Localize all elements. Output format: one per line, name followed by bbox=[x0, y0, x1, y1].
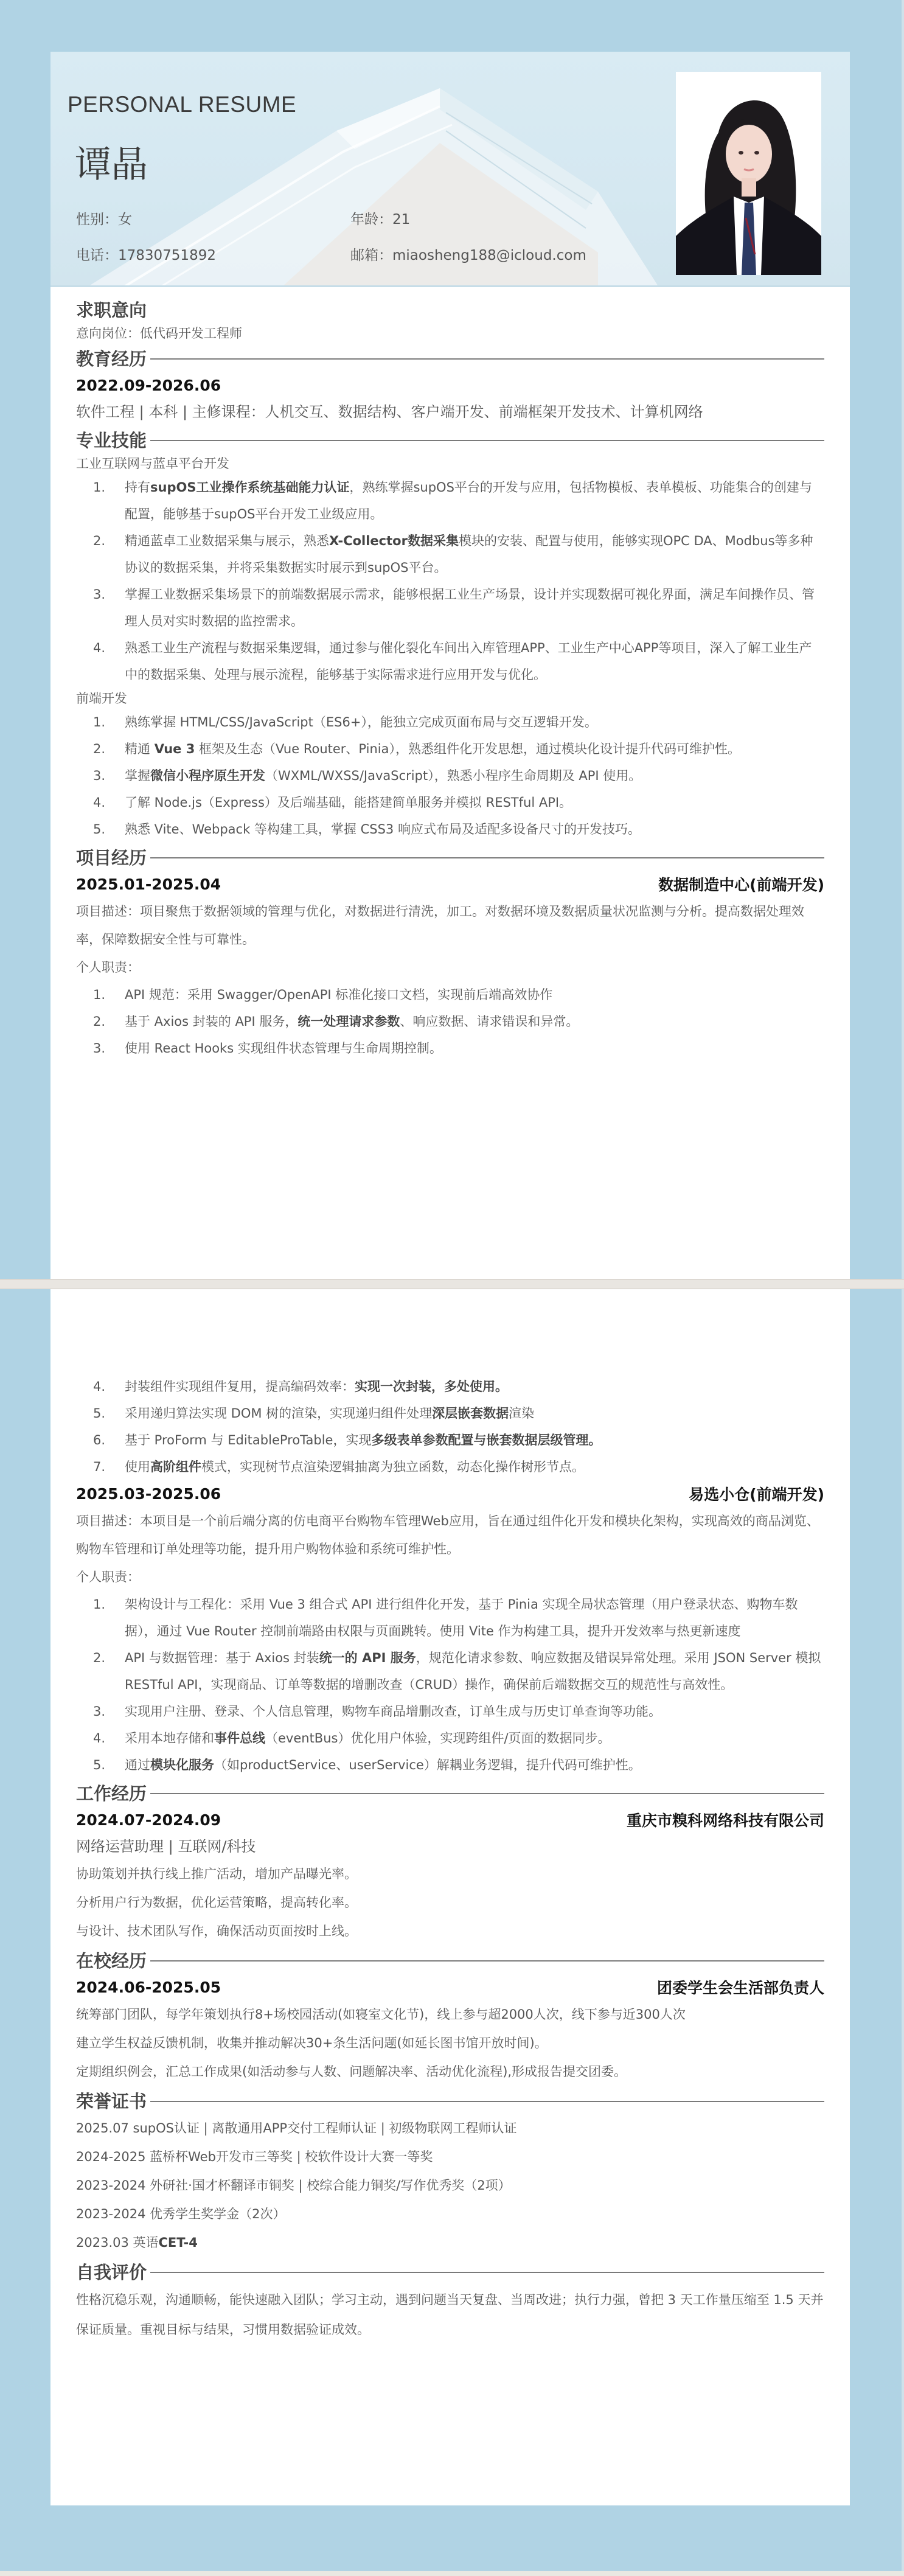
work-line: 分析用户行为数据，优化运营策略，提高转化率。 bbox=[76, 1888, 824, 1917]
section-title: 项目经历 bbox=[76, 844, 147, 869]
list-number: 1. bbox=[93, 474, 105, 501]
item-emphasis: 统一的 API 服务 bbox=[319, 1651, 416, 1665]
portrait-icon bbox=[676, 72, 821, 275]
item-emphasis: 事件总线 bbox=[214, 1731, 265, 1746]
resume-page-1: PERSONAL RESUME 谭晶 性别：女 年龄：21 电话：1783075… bbox=[50, 52, 850, 1279]
candidate-name: 谭晶 bbox=[75, 136, 148, 188]
duty-label: 个人职责： bbox=[76, 953, 824, 981]
list-number: 1. bbox=[93, 1591, 105, 1618]
resume-title: PERSONAL RESUME bbox=[68, 92, 296, 117]
list-number: 5. bbox=[93, 1400, 105, 1427]
item-text: 采用本地存储和 bbox=[125, 1731, 214, 1746]
age-field: 年龄：21 bbox=[350, 208, 410, 228]
list-item: 3.掌握工业数据采集场景下的前端数据展示需求，能够根据工业生产场景，设计并实现数… bbox=[76, 581, 824, 635]
section-divider bbox=[150, 1793, 824, 1794]
list-item: 6.基于 ProForm 与 EditableProTable，实现多级表单参数… bbox=[76, 1427, 824, 1453]
section-title: 自我评价 bbox=[76, 2259, 147, 2284]
list-item: 5.采用递归算法实现 DOM 树的渲染，实现递归组件处理深层嵌套数据渲染 bbox=[76, 1400, 824, 1427]
project-date-row: 2025.01-2025.04 数据制造中心(前端开发) bbox=[76, 871, 824, 897]
item-emphasis: 统一处理请求参数 bbox=[297, 1014, 400, 1029]
item-text: 熟悉 Vite、Webpack 等构建工具，掌握 CSS3 响应式布局及适配多设… bbox=[125, 822, 641, 837]
item-text: API 与数据管理：基于 Axios 封装 bbox=[125, 1651, 319, 1665]
list-number: 6. bbox=[93, 1427, 105, 1453]
profile-photo bbox=[676, 72, 821, 275]
item-text: 采用递归算法实现 DOM 树的渲染，实现递归组件处理 bbox=[125, 1406, 432, 1421]
work-role: 网络运营助理 | 互联网/科技 bbox=[76, 1833, 824, 1860]
list-number: 4. bbox=[93, 1373, 105, 1400]
list-number: 5. bbox=[93, 816, 105, 843]
skill-list-frontend: 1.熟练掌握 HTML/CSS/JavaScript（ES6+），能独立完成页面… bbox=[76, 709, 824, 843]
page-break bbox=[0, 1279, 904, 1289]
item-emphasis: supOS工业操作系统基础能力认证 bbox=[150, 480, 349, 495]
project-date: 2025.03-2025.06 bbox=[76, 1485, 221, 1503]
item-text: 渲染 bbox=[509, 1406, 534, 1421]
work-line: 与设计、技术团队写作，确保活动页面按时上线。 bbox=[76, 1917, 824, 1946]
bottom-status-bar bbox=[0, 2571, 904, 2576]
section-title: 求职意向 bbox=[76, 297, 147, 322]
campus-line: 建立学生权益反馈机制，收集并推动解决30+条生活问题(如延长图书馆开放时间)。 bbox=[76, 2029, 824, 2058]
project-description: 项目描述：本项目是一个前后端分离的仿电商平台购物车管理Web应用，旨在通过组件化… bbox=[76, 1507, 824, 1563]
resume-page-2: 4.封装组件实现组件复用，提高编码效率：实现一次封装，多处使用。 5.采用递归算… bbox=[50, 1289, 850, 2505]
skill-list-industrial: 1.持有supOS工业操作系统基础能力认证，熟练掌握supOS平台的开发与应用，… bbox=[76, 474, 824, 688]
honor-text: 2023-2024 优秀学生奖学金（2次） bbox=[76, 2207, 286, 2221]
item-text: 架构设计与工程化：采用 Vue 3 组合式 API 进行组件化开发，基于 Pin… bbox=[125, 1597, 798, 1638]
honor-text: 2023-2024 外研社·国才杯翻译市铜奖 | 校综合能力铜奖/写作优秀奖（2… bbox=[76, 2178, 511, 2193]
list-item: 4.封装组件实现组件复用，提高编码效率：实现一次封装，多处使用。 bbox=[76, 1373, 824, 1400]
list-item: 5.熟悉 Vite、Webpack 等构建工具，掌握 CSS3 响应式布局及适配… bbox=[76, 816, 824, 843]
section-title: 工作经历 bbox=[76, 1780, 147, 1805]
item-emphasis: 深层嵌套数据 bbox=[432, 1406, 509, 1421]
list-number: 3. bbox=[93, 762, 105, 789]
list-number: 3. bbox=[93, 1035, 105, 1062]
list-item: 3.使用 React Hooks 实现组件状态管理与生命周期控制。 bbox=[76, 1035, 824, 1062]
item-text: 了解 Node.js（Express）及后端基础，能搭建简单服务并模拟 REST… bbox=[125, 795, 572, 810]
item-text: 熟练掌握 HTML/CSS/JavaScript（ES6+），能独立完成页面布局… bbox=[125, 715, 597, 729]
section-title: 专业技能 bbox=[76, 427, 147, 452]
honor-text: 2024-2025 蓝桥杯Web开发市三等奖 | 校软件设计大赛一等奖 bbox=[76, 2150, 433, 2164]
section-title: 荣誉证书 bbox=[76, 2088, 147, 2113]
list-item: 2.基于 Axios 封装的 API 服务，统一处理请求参数、响应数据、请求错误… bbox=[76, 1008, 824, 1035]
company-name: 重庆市糗科网络科技有限公司 bbox=[627, 1809, 824, 1831]
list-number: 2. bbox=[93, 1008, 105, 1035]
item-text: 实现用户注册、登录、个人信息管理，购物车商品增删改查，订单生成与历史订单查询等功… bbox=[125, 1704, 661, 1719]
item-text: 使用 bbox=[125, 1460, 150, 1474]
campus-date-row: 2024.06-2025.05 团委学生会生活部负责人 bbox=[76, 1974, 824, 2000]
list-number: 4. bbox=[93, 1725, 105, 1752]
list-item: 2.精通 Vue 3 框架及生态（Vue Router、Pinia），熟悉组件化… bbox=[76, 736, 824, 762]
honor-line: 2023-2024 优秀学生奖学金（2次） bbox=[76, 2200, 824, 2229]
item-text: 模式，实现树节点渲染逻辑抽离为独立函数，动态化操作树形节点。 bbox=[201, 1460, 585, 1474]
honor-text: 2025.07 supOS认证 | 离散通用APP交付工程师认证 | 初级物联网… bbox=[76, 2121, 517, 2136]
section-heading-campus: 在校经历 bbox=[76, 1946, 824, 1974]
resume-header: PERSONAL RESUME 谭晶 性别：女 年龄：21 电话：1783075… bbox=[50, 52, 850, 287]
work-date-row: 2024.07-2024.09 重庆市糗科网络科技有限公司 bbox=[76, 1806, 824, 1833]
project-duty-list: 1.架构设计与工程化：采用 Vue 3 组合式 API 进行组件化开发，基于 P… bbox=[76, 1591, 824, 1778]
item-emphasis: Vue 3 bbox=[155, 742, 195, 756]
item-text: 框架及生态（Vue Router、Pinia），熟悉组件化开发思想，通过模块化设… bbox=[195, 742, 740, 756]
list-item: 2.API 与数据管理：基于 Axios 封装统一的 API 服务，规范化请求参… bbox=[76, 1645, 824, 1698]
section-heading-education: 教育经历 bbox=[76, 344, 824, 372]
education-date-row: 2022.09-2026.06 bbox=[76, 372, 824, 399]
honor-emphasis: CET-4 bbox=[159, 2235, 198, 2250]
page-2-content: 4.封装组件实现组件复用，提高编码效率：实现一次封装，多处使用。 5.采用递归算… bbox=[76, 1373, 824, 2345]
honor-text: 2023.03 英语 bbox=[76, 2235, 159, 2250]
section-divider bbox=[150, 857, 824, 858]
campus-line: 定期组织例会，汇总工作成果(如活动参与人数、问题解决率、活动优化流程),形成报告… bbox=[76, 2058, 824, 2086]
item-emphasis: X-Collector数据采集 bbox=[329, 534, 459, 548]
item-text: 掌握工业数据采集场景下的前端数据展示需求，能够根据工业生产场景，设计并实现数据可… bbox=[125, 587, 815, 628]
list-number: 1. bbox=[93, 709, 105, 736]
section-heading-self-eval: 自我评价 bbox=[76, 2257, 824, 2285]
honor-line: 2025.07 supOS认证 | 离散通用APP交付工程师认证 | 初级物联网… bbox=[76, 2114, 824, 2143]
project-duty-list: 1.API 规范：采用 Swagger/OpenAPI 标准化接口文档，实现前后… bbox=[76, 981, 824, 1062]
item-emphasis: 高阶组件 bbox=[150, 1460, 201, 1474]
work-line: 协助策划并执行线上推广活动，增加产品曝光率。 bbox=[76, 1860, 824, 1888]
list-item: 7.使用高阶组件模式，实现树节点渲染逻辑抽离为独立函数，动态化操作树形节点。 bbox=[76, 1453, 824, 1480]
education-detail: 软件工程 | 本科 | 主修课程：人机交互、数据结构、客户端开发、前端框架开发技… bbox=[76, 399, 824, 425]
section-heading-projects: 项目经历 bbox=[76, 843, 824, 871]
item-emphasis: 实现一次封装，多处使用。 bbox=[355, 1379, 508, 1394]
section-divider bbox=[150, 2101, 824, 2102]
item-text: 通过 bbox=[125, 1758, 150, 1772]
list-item: 1.API 规范：采用 Swagger/OpenAPI 标准化接口文档，实现前后… bbox=[76, 981, 824, 1008]
section-divider bbox=[150, 2272, 824, 2273]
item-text: 基于 Axios 封装的 API 服务， bbox=[125, 1014, 297, 1029]
project-date: 2025.01-2025.04 bbox=[76, 875, 221, 893]
honor-line: 2023-2024 外研社·国才杯翻译市铜奖 | 校综合能力铜奖/写作优秀奖（2… bbox=[76, 2171, 824, 2200]
gender-field: 性别：女 bbox=[76, 208, 132, 228]
item-emphasis: 多级表单参数配置与嵌套数据层级管理。 bbox=[371, 1433, 601, 1447]
list-number: 2. bbox=[93, 527, 105, 554]
section-divider bbox=[150, 358, 824, 360]
item-text: （WXML/WXSS/JavaScript），熟悉小程序生命周期及 API 使用… bbox=[265, 768, 641, 783]
skill-group-title: 前端开发 bbox=[76, 688, 824, 709]
section-divider bbox=[150, 1960, 824, 1962]
item-text: （如productService、userService）解耦业务逻辑，提升代码… bbox=[214, 1758, 641, 1772]
project-description: 项目描述：项目聚焦于数据领域的管理与优化，对数据进行清洗，加工。对数据环境及数据… bbox=[76, 897, 824, 953]
item-emphasis: 微信小程序原生开发 bbox=[150, 768, 265, 783]
duty-label: 个人职责： bbox=[76, 1563, 824, 1591]
list-number: 4. bbox=[93, 789, 105, 816]
section-heading-intent: 求职意向 bbox=[76, 295, 824, 323]
list-number: 2. bbox=[93, 736, 105, 762]
list-item: 5.通过模块化服务（如productService、userService）解耦… bbox=[76, 1752, 824, 1778]
phone-field: 电话：17830751892 bbox=[76, 244, 216, 264]
item-text: 持有 bbox=[125, 480, 150, 495]
campus-role: 团委学生会生活部负责人 bbox=[657, 1976, 824, 1998]
campus-date: 2024.06-2025.05 bbox=[76, 1979, 221, 1996]
project-name: 数据制造中心(前端开发) bbox=[658, 873, 824, 895]
skill-group-title: 工业互联网与蓝卓平台开发 bbox=[76, 453, 824, 474]
list-number: 4. bbox=[93, 635, 105, 661]
list-number: 5. bbox=[93, 1752, 105, 1778]
list-number: 7. bbox=[93, 1453, 105, 1480]
section-divider bbox=[150, 440, 824, 441]
project-name: 易选小仓(前端开发) bbox=[689, 1483, 824, 1505]
list-number: 2. bbox=[93, 1645, 105, 1671]
project-duty-list-continued: 4.封装组件实现组件复用，提高编码效率：实现一次封装，多处使用。 5.采用递归算… bbox=[76, 1373, 824, 1480]
list-item: 4.采用本地存储和事件总线（eventBus）优化用户体验，实现跨组件/页面的数… bbox=[76, 1725, 824, 1752]
page-1-content: 求职意向 意向岗位：低代码开发工程师 教育经历 2022.09-2026.06 … bbox=[76, 295, 824, 1062]
education-date: 2022.09-2026.06 bbox=[76, 377, 221, 394]
list-number: 3. bbox=[93, 581, 105, 608]
item-text: 掌握 bbox=[125, 768, 150, 783]
list-item: 1.架构设计与工程化：采用 Vue 3 组合式 API 进行组件化开发，基于 P… bbox=[76, 1591, 824, 1645]
item-text: 精通蓝卓工业数据采集与展示，熟悉 bbox=[125, 534, 329, 548]
item-text: （eventBus）优化用户体验，实现跨组件/页面的数据同步。 bbox=[265, 1731, 611, 1746]
honor-line: 2024-2025 蓝桥杯Web开发市三等奖 | 校软件设计大赛一等奖 bbox=[76, 2143, 824, 2171]
section-heading-skills: 专业技能 bbox=[76, 425, 824, 453]
section-title: 在校经历 bbox=[76, 1948, 147, 1972]
item-text: 熟悉工业生产流程与数据采集逻辑，通过参与催化裂化车间出入库管理APP、工业生产中… bbox=[125, 641, 812, 682]
intended-position: 意向岗位：低代码开发工程师 bbox=[76, 323, 824, 344]
item-text: 封装组件实现组件复用，提高编码效率： bbox=[125, 1379, 355, 1394]
item-text: API 规范：采用 Swagger/OpenAPI 标准化接口文档，实现前后端高… bbox=[125, 987, 552, 1002]
item-text: 精通 bbox=[125, 742, 155, 756]
list-number: 1. bbox=[93, 981, 105, 1008]
list-item: 4.熟悉工业生产流程与数据采集逻辑，通过参与催化裂化车间出入库管理APP、工业生… bbox=[76, 635, 824, 688]
item-text: 使用 React Hooks 实现组件状态管理与生命周期控制。 bbox=[125, 1041, 442, 1056]
section-heading-work: 工作经历 bbox=[76, 1778, 824, 1806]
self-evaluation-text: 性格沉稳乐观，沟通顺畅，能快速融入团队；学习主动，遇到问题当天复盘、当周改进；执… bbox=[76, 2285, 824, 2345]
list-item: 3.掌握微信小程序原生开发（WXML/WXSS/JavaScript），熟悉小程… bbox=[76, 762, 824, 789]
list-number: 3. bbox=[93, 1698, 105, 1725]
list-item: 1.熟练掌握 HTML/CSS/JavaScript（ES6+），能独立完成页面… bbox=[76, 709, 824, 736]
list-item: 2.精通蓝卓工业数据采集与展示，熟悉X-Collector数据采集模块的安装、配… bbox=[76, 527, 824, 581]
email-field: 邮箱：miaosheng188@icloud.com bbox=[350, 244, 586, 264]
item-emphasis: 模块化服务 bbox=[150, 1758, 214, 1772]
campus-line: 统筹部门团队，每学年策划执行8+场校园活动(如寝室文化节)，线上参与超2000人… bbox=[76, 2000, 824, 2029]
work-date: 2024.07-2024.09 bbox=[76, 1811, 221, 1829]
list-item: 1.持有supOS工业操作系统基础能力认证，熟练掌握supOS平台的开发与应用，… bbox=[76, 474, 824, 527]
section-heading-honors: 荣誉证书 bbox=[76, 2086, 824, 2114]
item-text: 、响应数据、请求错误和异常。 bbox=[400, 1014, 579, 1029]
list-item: 4.了解 Node.js（Express）及后端基础，能搭建简单服务并模拟 RE… bbox=[76, 789, 824, 816]
project-date-row: 2025.03-2025.06 易选小仓(前端开发) bbox=[76, 1480, 824, 1507]
item-text: 基于 ProForm 与 EditableProTable，实现 bbox=[125, 1433, 371, 1447]
section-title: 教育经历 bbox=[76, 346, 147, 371]
list-item: 3.实现用户注册、登录、个人信息管理，购物车商品增删改查，订单生成与历史订单查询… bbox=[76, 1698, 824, 1725]
honor-line: 2023.03 英语CET-4 bbox=[76, 2229, 824, 2257]
